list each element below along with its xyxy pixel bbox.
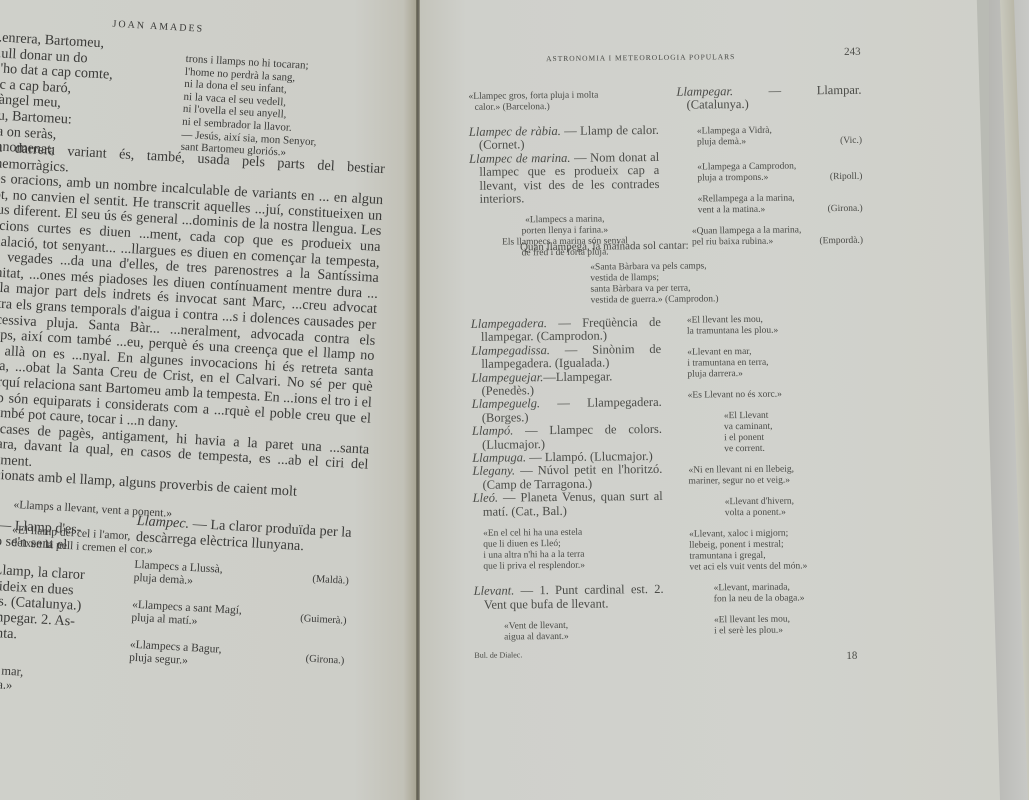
glossary-entry: Llampec de ràbia. — Llamp de calor. (Cor… (469, 124, 659, 153)
saying: «Llampecs a Bagur, pluja segur.» (Girona… (129, 639, 345, 677)
glossary-entry: Llampec de marina. — Nom donat al llampe… (469, 151, 660, 207)
glossary-entry-llevant: Llevant. — 1. Punt cardinal est. 2. Vent… (474, 583, 664, 612)
proverb-line: fon la neu de la obaga.» (714, 593, 870, 606)
poem-right-column: trons i llamps no hi tocaran; l'home no … (180, 53, 385, 165)
page-number: 243 (844, 46, 861, 59)
entry-term: Lleó. (473, 491, 499, 505)
saying: «Llampecs a sant Magí, pluja al matí.» (… (131, 599, 347, 637)
intro-line: Quan llampega, la mainada sol cantar: (520, 238, 820, 254)
body-text: ...a darrera variant és, també, usada pe… (0, 140, 385, 570)
entry-term: Llampec de ràbia. (469, 124, 561, 139)
glossary-entry: Llampeguelg. — Llampegadera. (Borges.) (472, 396, 662, 425)
left-page-content: JOAN AMADES ...enrera, Bartomeu, ...ull … (0, 30, 411, 53)
proverb-line: volta a ponent.» (725, 507, 869, 520)
saying: «Rellampega a la marina, vent a la matin… (698, 193, 863, 217)
saying-place: (Maldà.) (312, 573, 349, 588)
saying: «Llampec gros, forta pluja i molta calor… (468, 90, 658, 114)
proverb: «Ni en llevant ni en llebeig, mariner, s… (688, 464, 868, 488)
glossary-column-b: Llampec. — La claror produïda per la des… (129, 514, 352, 677)
glossary-column-1: «Llampec gros, forta pluja i molta calor… (468, 90, 660, 260)
entry-term: Llegany. (472, 464, 515, 478)
entry-term: Llampegar. (676, 84, 733, 99)
entry-definition: — Planeta Venus, quan surt al matí. (Cat… (483, 489, 663, 518)
saying-line: aigua al davant.» (504, 631, 664, 644)
verse-line: que li priva el resplendor.» (483, 560, 663, 573)
saying: «Llampega a Vidrà, pluja demà.» (Vic.) (697, 125, 862, 149)
saying: «Vent de llevant, aigua al davant.» (474, 620, 664, 644)
running-head-left: JOAN AMADES (112, 17, 204, 38)
saying-line: pluja demà.» (697, 136, 862, 149)
proverb: «Llevant, xaloc i migjorn; llebeig, pone… (689, 528, 869, 574)
saying-place: (Empordà.) (819, 236, 863, 247)
glossary-entry: Lleó. — Planeta Venus, quan surt al matí… (473, 490, 663, 519)
proverb: «El llevant les mou, i el serè les plou.… (714, 614, 870, 638)
proverb-line: ve corrent. (724, 443, 868, 456)
glossary-column-a: ...lor. — Llamp d'es- ...al no se'n sent… (0, 516, 120, 698)
glossary-entry: Llampó. — Llampec de colors. (Llucmajor.… (472, 423, 662, 452)
glossary-entry: Llampegadera. — Freqüència de llampegar.… (471, 316, 661, 345)
entry-term: Llampeguelg. (472, 397, 541, 412)
running-head-right: ASTRONOMIA I METEOROLOGIA POPULARS (546, 51, 735, 65)
book-photo: JOAN AMADES ...enrera, Bartomeu, ...ull … (0, 0, 1029, 800)
glossary-entry: Llegany. — Núvol petit en l'horitzó. (Ca… (472, 463, 662, 492)
proverb: «El Llevant va caminant, i el ponent ve … (724, 410, 868, 456)
glossary-entry: Llampegadissa. — Sinònim de llampegadera… (471, 343, 661, 372)
saying-place: (Girona.) (305, 653, 344, 668)
proverb: «Llevant, marinada, fon la neu de la oba… (714, 582, 870, 606)
proverb-line: pluja darrera.» (687, 368, 867, 381)
paragraph: ...es oracions, amb un nombre incalculab… (0, 171, 383, 442)
book-gutter (416, 0, 420, 800)
proverb-line: mariner, segur no et veig.» (688, 475, 868, 488)
folio-number: 18 (846, 650, 857, 663)
proverb: «Llevant en mar, i tramuntana en terra, … (687, 346, 867, 381)
proverb-line: «Es Llevant no és xorc.» (688, 389, 868, 402)
saying-place: (Ripoll.) (830, 172, 863, 183)
proverb: «El llevant les mou, la tramuntana les p… (687, 314, 867, 338)
glossary-entry: Llampegar. — Llampar. (Catalunya.) (676, 84, 861, 113)
entry-term: Llampuga. (472, 450, 526, 465)
saying-line: calor.» (Barcelona.) (469, 101, 659, 114)
glossary-entry: Llampeguejar.—Llampegar. (Penedès.) (471, 370, 661, 399)
glossary-column-2: Llampegar. — Llampar. (Catalunya.) «Llam… (676, 84, 863, 249)
glossary-column-3: Llampegadera. — Freqüència de llampegar.… (471, 316, 664, 644)
saying-place: (Vic.) (840, 136, 862, 147)
left-page: JOAN AMADES ...enrera, Bartomeu, ...ull … (0, 0, 416, 800)
santa-barbara-section: Quan llampega, la mainada sol cantar: «S… (520, 238, 821, 308)
saying: Llampecs a Llussà, pluja demà.» (Maldà.) (133, 559, 349, 597)
entry-term: Llampó. (472, 424, 513, 438)
proverb: «Es Llevant no és xorc.» (688, 389, 868, 402)
saying-place: (Guimerà.) (300, 612, 347, 628)
proverbs-column: «El llevant les mou, la tramuntana les p… (687, 314, 870, 638)
proverb-quote: ...pa a la mar, ... la terra.» (0, 661, 111, 698)
proverb: «Llevant d'hivern, volta a ponent.» (725, 496, 869, 520)
saying: «Llampega a Camprodon, pluja a trompons.… (697, 161, 862, 185)
entry-term: Llevant. (474, 584, 515, 598)
signature-mark: Bul. de Dialec. (474, 649, 522, 662)
verse: «En el cel hi ha una estela que li diuen… (483, 527, 663, 573)
proverb-line: i el serè les plou.» (714, 625, 870, 638)
saying-place: (Girona.) (828, 204, 863, 215)
santa-barbara-verse: «Santa Bàrbara va pels camps, vestida de… (590, 261, 820, 307)
proverb-line: la tramuntana les plou.» (687, 325, 867, 338)
proverb-line: vet aci els vuit vents del món.» (689, 561, 869, 574)
